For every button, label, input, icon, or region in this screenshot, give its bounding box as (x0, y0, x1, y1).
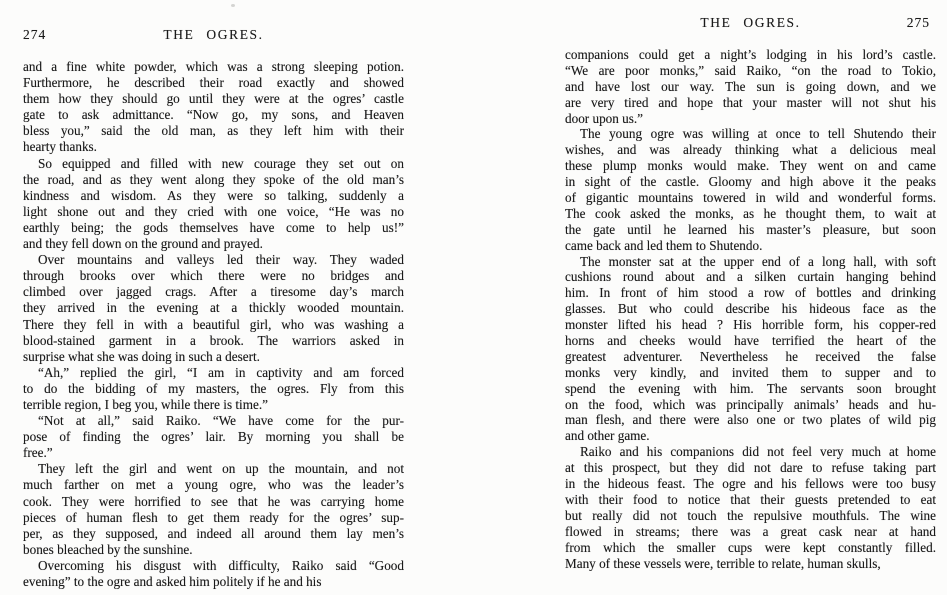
text-line: monster lifted his head ? His horrible f… (565, 317, 936, 333)
text-line: cushions round about and a silken curtai… (565, 269, 936, 285)
text-line: Overcoming his disgust with difficulty, … (23, 558, 404, 574)
text-line: So equipped and filled with new courage … (23, 156, 404, 172)
text-line: bones bleached by the sunshine. (23, 542, 404, 558)
text-line: companions could get a night’s lodging i… (565, 47, 936, 63)
book-page-right: THE OGRES. 275 companions could get a ni… (565, 0, 936, 595)
book-page-left: 274 THE OGRES. and a fine white powder, … (23, 0, 404, 595)
text-line: in the hideous feast. The ogre and his f… (565, 476, 936, 492)
text-line: “Ah,” replied the girl, “I am in captivi… (23, 365, 404, 381)
text-line: climbed over jagged crags. After a tires… (23, 284, 404, 300)
text-line: came back and led them to Shutendo. (565, 238, 936, 254)
text-line: light shone out and they cried with one … (23, 204, 404, 220)
text-line: evening” to the ogre and asked him polit… (23, 574, 404, 590)
text-line: There they fell in with a beautiful girl… (23, 317, 404, 333)
text-line: flowed in streams; there was a great cas… (565, 524, 936, 540)
text-line: horns and cheeks would have terrified th… (565, 333, 936, 349)
page-body: companions could get a night’s lodging i… (565, 47, 936, 571)
text-line: from which the smaller cups were kept co… (565, 540, 936, 556)
text-line: and they fell down on the ground and pra… (23, 236, 404, 252)
page-body: and a fine white powder, which was a str… (23, 59, 404, 590)
page-header: THE OGRES. 275 (565, 15, 936, 33)
text-line: monks very kindly, and invited them to s… (565, 365, 936, 381)
text-line: at this prospect, but they did not dare … (565, 460, 936, 476)
text-line: “Not at all,” said Raiko. “We have come … (23, 413, 404, 429)
text-line: and a fine white powder, which was a str… (23, 59, 404, 75)
text-line: Many of these vessels were, terrible to … (565, 556, 936, 572)
text-line: kindness and wisdom. As they were so tal… (23, 188, 404, 204)
text-line: man flesh, and there were also one or tw… (565, 412, 936, 428)
text-line: gate to ask admittance. “Now go, my sons… (23, 107, 404, 123)
text-line: much farther on met a young ogre, who wa… (23, 477, 404, 493)
text-line: but really did not touch the repulsive m… (565, 508, 936, 524)
text-line: terrible region, I beg you, while there … (23, 397, 404, 413)
text-line: with their food to notice that their gue… (565, 492, 936, 508)
running-head: THE OGRES. (565, 15, 936, 31)
text-line: They left the girl and went on up the mo… (23, 461, 404, 477)
text-line: The monster sat at the upper end of a lo… (565, 254, 936, 270)
text-line: earthly being; the gods themselves have … (23, 220, 404, 236)
text-line: these plump monks would make. They went … (565, 158, 936, 174)
text-line: per, as they supposed, and indeed all ar… (23, 526, 404, 542)
text-line: hearty thanks. (23, 139, 404, 155)
text-line: and have lost our way. The sun is going … (565, 79, 936, 95)
page-header: 274 THE OGRES. (23, 27, 404, 45)
text-line: “We are poor monks,” said Raiko, “on the… (565, 63, 936, 79)
text-line: of gigantic mountains towered in wild an… (565, 190, 936, 206)
text-line: door upon us.” (565, 111, 936, 127)
text-line: Over mountains and valleys led their way… (23, 252, 404, 268)
text-line: glasses. But who could describe his hide… (565, 301, 936, 317)
text-line: cook. They were horrified to see that he… (23, 494, 404, 510)
text-line: and other game. (565, 428, 936, 444)
text-line: on the food, which was principally anima… (565, 397, 936, 413)
text-line: wishes, and was already thinking what a … (565, 142, 936, 158)
text-line: them how they should go until they were … (23, 91, 404, 107)
text-line: Raiko and his companions did not feel ve… (565, 444, 936, 460)
text-line: through brooks over which there were no … (23, 268, 404, 284)
text-line: blood-stained garment in a brook. The wa… (23, 333, 404, 349)
text-line: the gate until he learned his master’s p… (565, 222, 936, 238)
text-line: free.” (23, 445, 404, 461)
text-line: Furthermore, he described their road exa… (23, 75, 404, 91)
page-number: 275 (907, 15, 930, 31)
text-line: The cook asked the monks, as he thought … (565, 206, 936, 222)
text-line: in sight of the castle. Gloomy and high … (565, 174, 936, 190)
text-line: pose of finding the ogres’ lair. By morn… (23, 429, 404, 445)
text-line: bless you,” said the old man, as they le… (23, 123, 404, 139)
text-line: the road, and as they went along they sp… (23, 172, 404, 188)
text-line: him. In front of him stood a row of bott… (565, 285, 936, 301)
text-line: greatest adventurer. Nevertheless he rec… (565, 349, 936, 365)
text-line: to do the bidding of my masters, the ogr… (23, 381, 404, 397)
text-line: spend the evening with him. The servants… (565, 381, 936, 397)
text-line: are very tired and hope that your master… (565, 95, 936, 111)
text-line: they arrived in the evening at a thickly… (23, 300, 404, 316)
text-line: surprise what she was doing in such a de… (23, 349, 404, 365)
running-head: THE OGRES. (23, 27, 404, 43)
text-line: The young ogre was willing at once to te… (565, 126, 936, 142)
text-line: pieces of human flesh to get them ready … (23, 510, 404, 526)
